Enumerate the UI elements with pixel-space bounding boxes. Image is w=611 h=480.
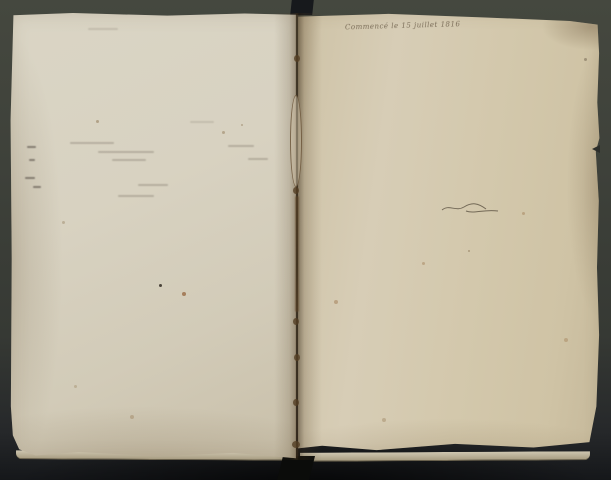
binding-knot [292,441,300,448]
foxing-spot [62,221,65,224]
ink-bleed-mark [112,159,146,161]
binding-knot [293,399,299,406]
binding-knot [293,187,299,194]
ink-bleed-mark [98,151,154,153]
ink-bleed-mark [138,184,168,186]
signature-flourish [440,201,502,215]
foxing-spot [130,415,134,419]
ink-bleed-mark [118,195,154,197]
left-page [10,13,296,460]
archive-manuscript-scan: Commencé le 15 juillet 1816 acte ouvert … [0,0,611,480]
foxing-spot [182,292,186,296]
foxing-spot [584,58,587,61]
foxing-spot [422,262,425,265]
binding-knot [293,318,299,325]
foxing-spot [222,131,225,134]
ink-bleed-mark [27,146,36,148]
book-cover-corner [277,456,315,480]
ink-bleed-mark [70,142,114,144]
foxing-spot [334,300,338,304]
ink-bleed-mark [33,186,41,188]
ink-bleed-mark [29,159,35,161]
ink-bleed-mark [248,158,268,160]
book-spine-top [290,0,314,15]
binding-knot [294,55,300,62]
binding-knot [294,354,300,361]
foxing-spot [159,284,162,287]
foxing-spot [382,418,386,422]
foxing-spot [522,212,525,215]
ink-bleed-mark [190,121,214,123]
right-page [298,13,600,460]
binding-thread-loop [290,95,302,187]
foxing-spot [241,124,243,126]
foxing-spot [564,338,568,342]
binding-stitch-line [295,196,299,312]
manuscript-text-block: Commencé le 15 juillet 1816 acte ouvert … [311,18,603,38]
page-stack-edge-right [300,451,590,462]
ink-bleed-mark [88,28,118,30]
foxing-spot [468,250,470,252]
ink-bleed-mark [228,145,254,147]
foxing-spot [96,120,99,123]
foxing-spot [74,385,77,388]
ink-bleed-mark [25,177,35,179]
page-edge-tear [592,145,600,153]
